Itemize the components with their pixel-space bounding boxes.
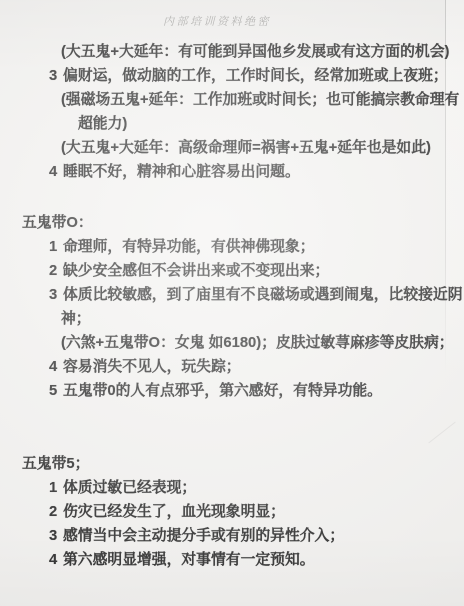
text-line: (六煞+五鬼带O：女鬼 如6180)；皮肤过敏荨麻疹等皮肤病； (0, 331, 464, 355)
item-number: 5 (49, 379, 63, 403)
item-number: 4 (49, 355, 63, 379)
text-line: 1命理师，有特异功能，有供神佛现象； (0, 235, 464, 259)
item-number: 1 (49, 235, 63, 259)
section-wugui-dai-5: 五鬼带5； 1体质过敏已经表现； 2伤灾已经发生了，血光现象明显； 3感情当中会… (0, 452, 464, 572)
line-text: 神； (61, 311, 91, 327)
line-text: 伤灾已经发生了，血光现象明显； (63, 504, 285, 520)
line-text: 体质过敏已经表现； (63, 480, 196, 496)
text-line: 4容易消失不见人，玩失踪； (0, 355, 464, 379)
line-text: 体质比较敏感，到了庙里有不良磁场或遇到闹鬼，比较接近阴 (63, 287, 463, 303)
line-text: 超能力) (78, 116, 127, 132)
item-number: 2 (49, 259, 63, 283)
text-line: 3感情当中会主动提分手或有别的异性介入； (0, 524, 464, 548)
text-line: (强磁场五鬼+延年：工作加班或时间长；也可能搞宗教命理有 (0, 88, 464, 112)
line-text: 偏财运，做动脑的工作，工作时间长，经常加班或上夜班； (63, 68, 448, 84)
item-number: 3 (49, 524, 63, 548)
text-line: 3偏财运，做动脑的工作，工作时间长，经常加班或上夜班； (0, 64, 464, 88)
line-text: 睡眠不好，精神和心脏容易出问题。 (63, 164, 300, 180)
text-line: 2缺少安全感但不会讲出来或不变现出来； (0, 259, 464, 283)
item-number: 2 (49, 500, 63, 524)
section-continuation: (大五鬼+大延年：有可能到异国他乡发展或有这方面的机会) 3偏财运，做动脑的工作… (0, 40, 464, 184)
line-text: 五鬼带0的人有点邪乎，第六感好，有特异功能。 (63, 383, 382, 399)
item-number: 3 (49, 64, 63, 88)
document-content: (大五鬼+大延年：有可能到异国他乡发展或有这方面的机会) 3偏财运，做动脑的工作… (0, 40, 464, 572)
line-text: (大五鬼+大延年：高级命理师=祸害+五鬼+延年也是如此) (61, 140, 431, 156)
text-line: 2伤灾已经发生了，血光现象明显； (0, 500, 464, 524)
item-number: 3 (49, 283, 63, 307)
text-line: (大五鬼+大延年：有可能到异国他乡发展或有这方面的机会) (0, 40, 464, 64)
text-line: 超能力) (0, 112, 464, 136)
line-text: 第六感明显增强，对事情有一定预知。 (63, 552, 315, 568)
line-text: 命理师，有特异功能，有供神佛现象； (63, 239, 315, 255)
document-page: 内部培训资料绝密 (大五鬼+大延年：有可能到异国他乡发展或有这方面的机会) 3偏… (0, 0, 464, 606)
text-line: 4第六感明显增强，对事情有一定预知。 (0, 548, 464, 572)
section-heading: 五鬼带5； (0, 452, 464, 476)
item-number: 4 (49, 548, 63, 572)
text-line: (大五鬼+大延年：高级命理师=祸害+五鬼+延年也是如此) (0, 136, 464, 160)
item-number: 1 (49, 476, 63, 500)
text-line: 5五鬼带0的人有点邪乎，第六感好，有特异功能。 (0, 379, 464, 403)
text-line: 3体质比较敏感，到了庙里有不良磁场或遇到闹鬼，比较接近阴 (0, 283, 464, 307)
text-line: 4睡眠不好，精神和心脏容易出问题。 (0, 160, 464, 184)
line-text: (强磁场五鬼+延年：工作加班或时间长；也可能搞宗教命理有 (61, 92, 459, 108)
line-text: (六煞+五鬼带O：女鬼 如6180)；皮肤过敏荨麻疹等皮肤病； (61, 335, 454, 351)
section-heading: 五鬼带O： (0, 211, 464, 235)
item-number: 4 (49, 160, 63, 184)
watermark: 内部培训资料绝密 (0, 13, 434, 29)
section-wugui-dai-o: 五鬼带O： 1命理师，有特异功能，有供神佛现象； 2缺少安全感但不会讲出来或不变… (0, 211, 464, 403)
text-line: 神； (0, 307, 464, 331)
text-line: 1体质过敏已经表现； (0, 476, 464, 500)
line-text: 感情当中会主动提分手或有别的异性介入； (63, 528, 344, 544)
line-text: (大五鬼+大延年：有可能到异国他乡发展或有这方面的机会) (61, 44, 449, 60)
line-text: 容易消失不见人，玩失踪； (63, 359, 241, 375)
line-text: 缺少安全感但不会讲出来或不变现出来； (63, 263, 329, 279)
